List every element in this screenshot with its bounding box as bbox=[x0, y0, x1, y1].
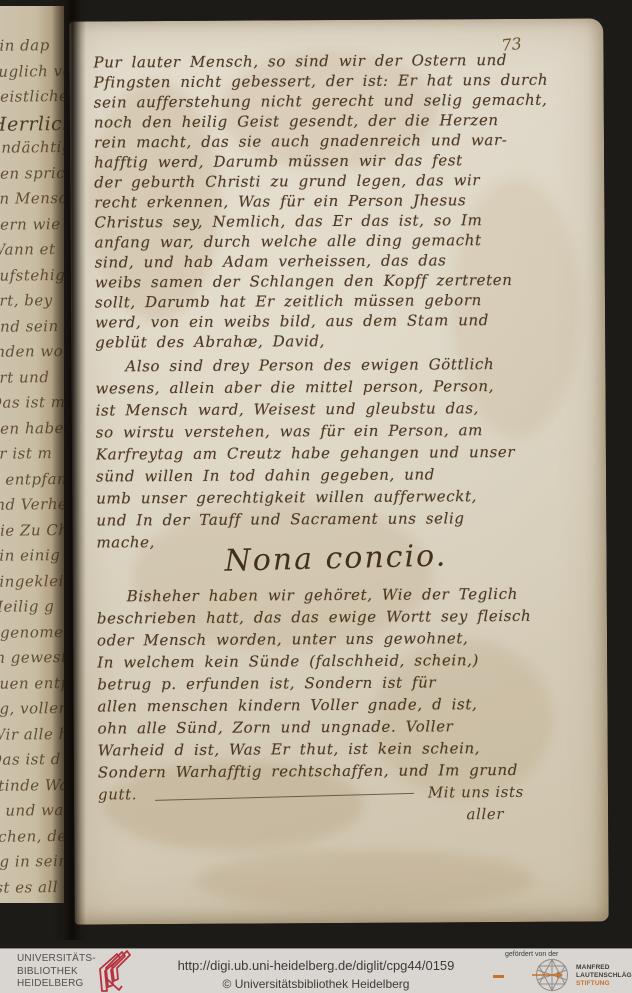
manuscript-paragraph-2: Also sind drey Person des ewigen Göttlic… bbox=[95, 355, 574, 556]
manuscript-line: betrug p. erfunden ist, Sondern ist für bbox=[97, 673, 575, 698]
manuscript-line: Bisheher haben wir gehöret, Wie der Tegl… bbox=[97, 585, 575, 610]
foundation-name-line1: MANFRED bbox=[576, 964, 632, 972]
orange-dash bbox=[493, 975, 504, 978]
binding-gutter-shadow bbox=[52, 0, 86, 940]
manuscript-page: 73 Pur lauter Mensch, so sind wir der Os… bbox=[69, 18, 609, 924]
manuscript-line: und In der Tauff und Sacrament uns selig bbox=[96, 509, 574, 534]
manuscript-paragraph-1: Pur lauter Mensch, so sind wir der Oster… bbox=[93, 51, 573, 354]
manuscript-line: Sondern Warhafftig rechtschaffen, und Im… bbox=[98, 761, 576, 786]
manuscript-line: allen menschen kindern Voller gnade, d i… bbox=[97, 695, 575, 720]
manuscript-line: Warheid d ist, Was Er thut, ist kein sch… bbox=[98, 739, 576, 764]
foundation-name: MANFRED LAUTENSCHLÄGER STIFTUNG bbox=[576, 964, 632, 988]
manuscript-line: so wirstu verstehen, was für ein Person,… bbox=[96, 421, 574, 446]
closing-word: gutt. bbox=[98, 785, 137, 803]
manuscript-paragraph-3: Bisheher haben wir gehöret, Wie der Tegl… bbox=[97, 585, 576, 786]
manuscript-line: wesens, allein aber die mittel person, P… bbox=[95, 377, 573, 402]
manuscript-line: oder Mensch worden, unter uns gewohnet, bbox=[97, 629, 575, 654]
manuscript-line: Also sind drey Person des ewigen Göttlic… bbox=[95, 355, 573, 380]
manuscript-line: sünd willen In tod dahin gegeben, und bbox=[96, 465, 574, 490]
manuscript-line: geblüt des Abrahæ, David, bbox=[95, 331, 573, 354]
manuscript-line: umb unser gerechtigkeit willen aufferwec… bbox=[96, 487, 574, 512]
manuscript-closing-line: gutt. Mit uns ists bbox=[98, 783, 576, 808]
manuscript-line: ist Mensch ward, Weisest und gleubstu da… bbox=[96, 399, 574, 424]
catchword: aller bbox=[98, 805, 576, 828]
foundation-globe-logo-icon bbox=[530, 957, 574, 993]
foundation-name-line2: LAUTENSCHLÄGER bbox=[576, 972, 632, 980]
closing-phrase: Mit uns ists bbox=[428, 783, 576, 802]
paper-stain bbox=[194, 849, 534, 911]
scan-area: ain dapzuglich vergeistliche gHerrlichke… bbox=[0, 0, 632, 993]
foundation-name-line3: STIFTUNG bbox=[576, 980, 632, 988]
manuscript-line: In welchem kein Sünde (falschheid, schei… bbox=[97, 651, 575, 676]
footer-bar: UNIVERSITÄTS- BIBLIOTHEK HEIDELBERG http… bbox=[0, 948, 632, 993]
pen-flourish-line bbox=[155, 793, 414, 802]
manuscript-line: Karfreytag am Creutz habe gehangen und u… bbox=[96, 443, 574, 468]
manuscript-line: beschrieben hatt, das das ewige Wortt se… bbox=[97, 607, 575, 632]
manuscript-line: ohn alle Sünd, Zorn und ungnade. Voller bbox=[98, 717, 576, 742]
section-heading: Nona concio. bbox=[224, 536, 575, 588]
manuscript-text-block: Pur lauter Mensch, so sind wir der Oster… bbox=[93, 51, 576, 828]
